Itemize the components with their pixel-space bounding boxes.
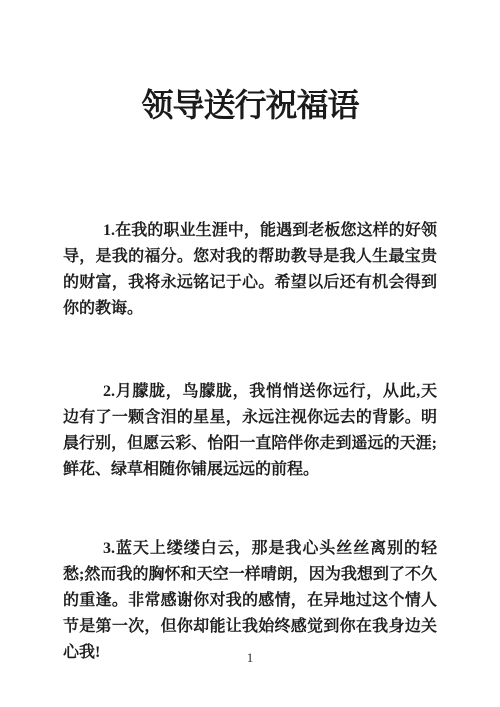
page-number: 1 [0, 651, 500, 665]
paragraph-2: 2.月朦胧，鸟朦胧，我悄悄送你远行，从此,天边有了一颗含泪的星星，永远注视你远去… [63, 379, 437, 483]
paragraph-1: 1.在我的职业生涯中，能遇到老板您这样的好领导，是我的福分。您对我的帮助教导是我… [63, 218, 437, 322]
paragraph-3: 3.蓝天上缕缕白云，那是我心头丝丝离别的轻愁;然而我的胸怀和天空一样晴朗，因为我… [63, 536, 437, 666]
document-page: 领导送行祝福语 1.在我的职业生涯中，能遇到老板您这样的好领导，是我的福分。您对… [0, 0, 500, 707]
document-title: 领导送行祝福语 [0, 84, 500, 126]
